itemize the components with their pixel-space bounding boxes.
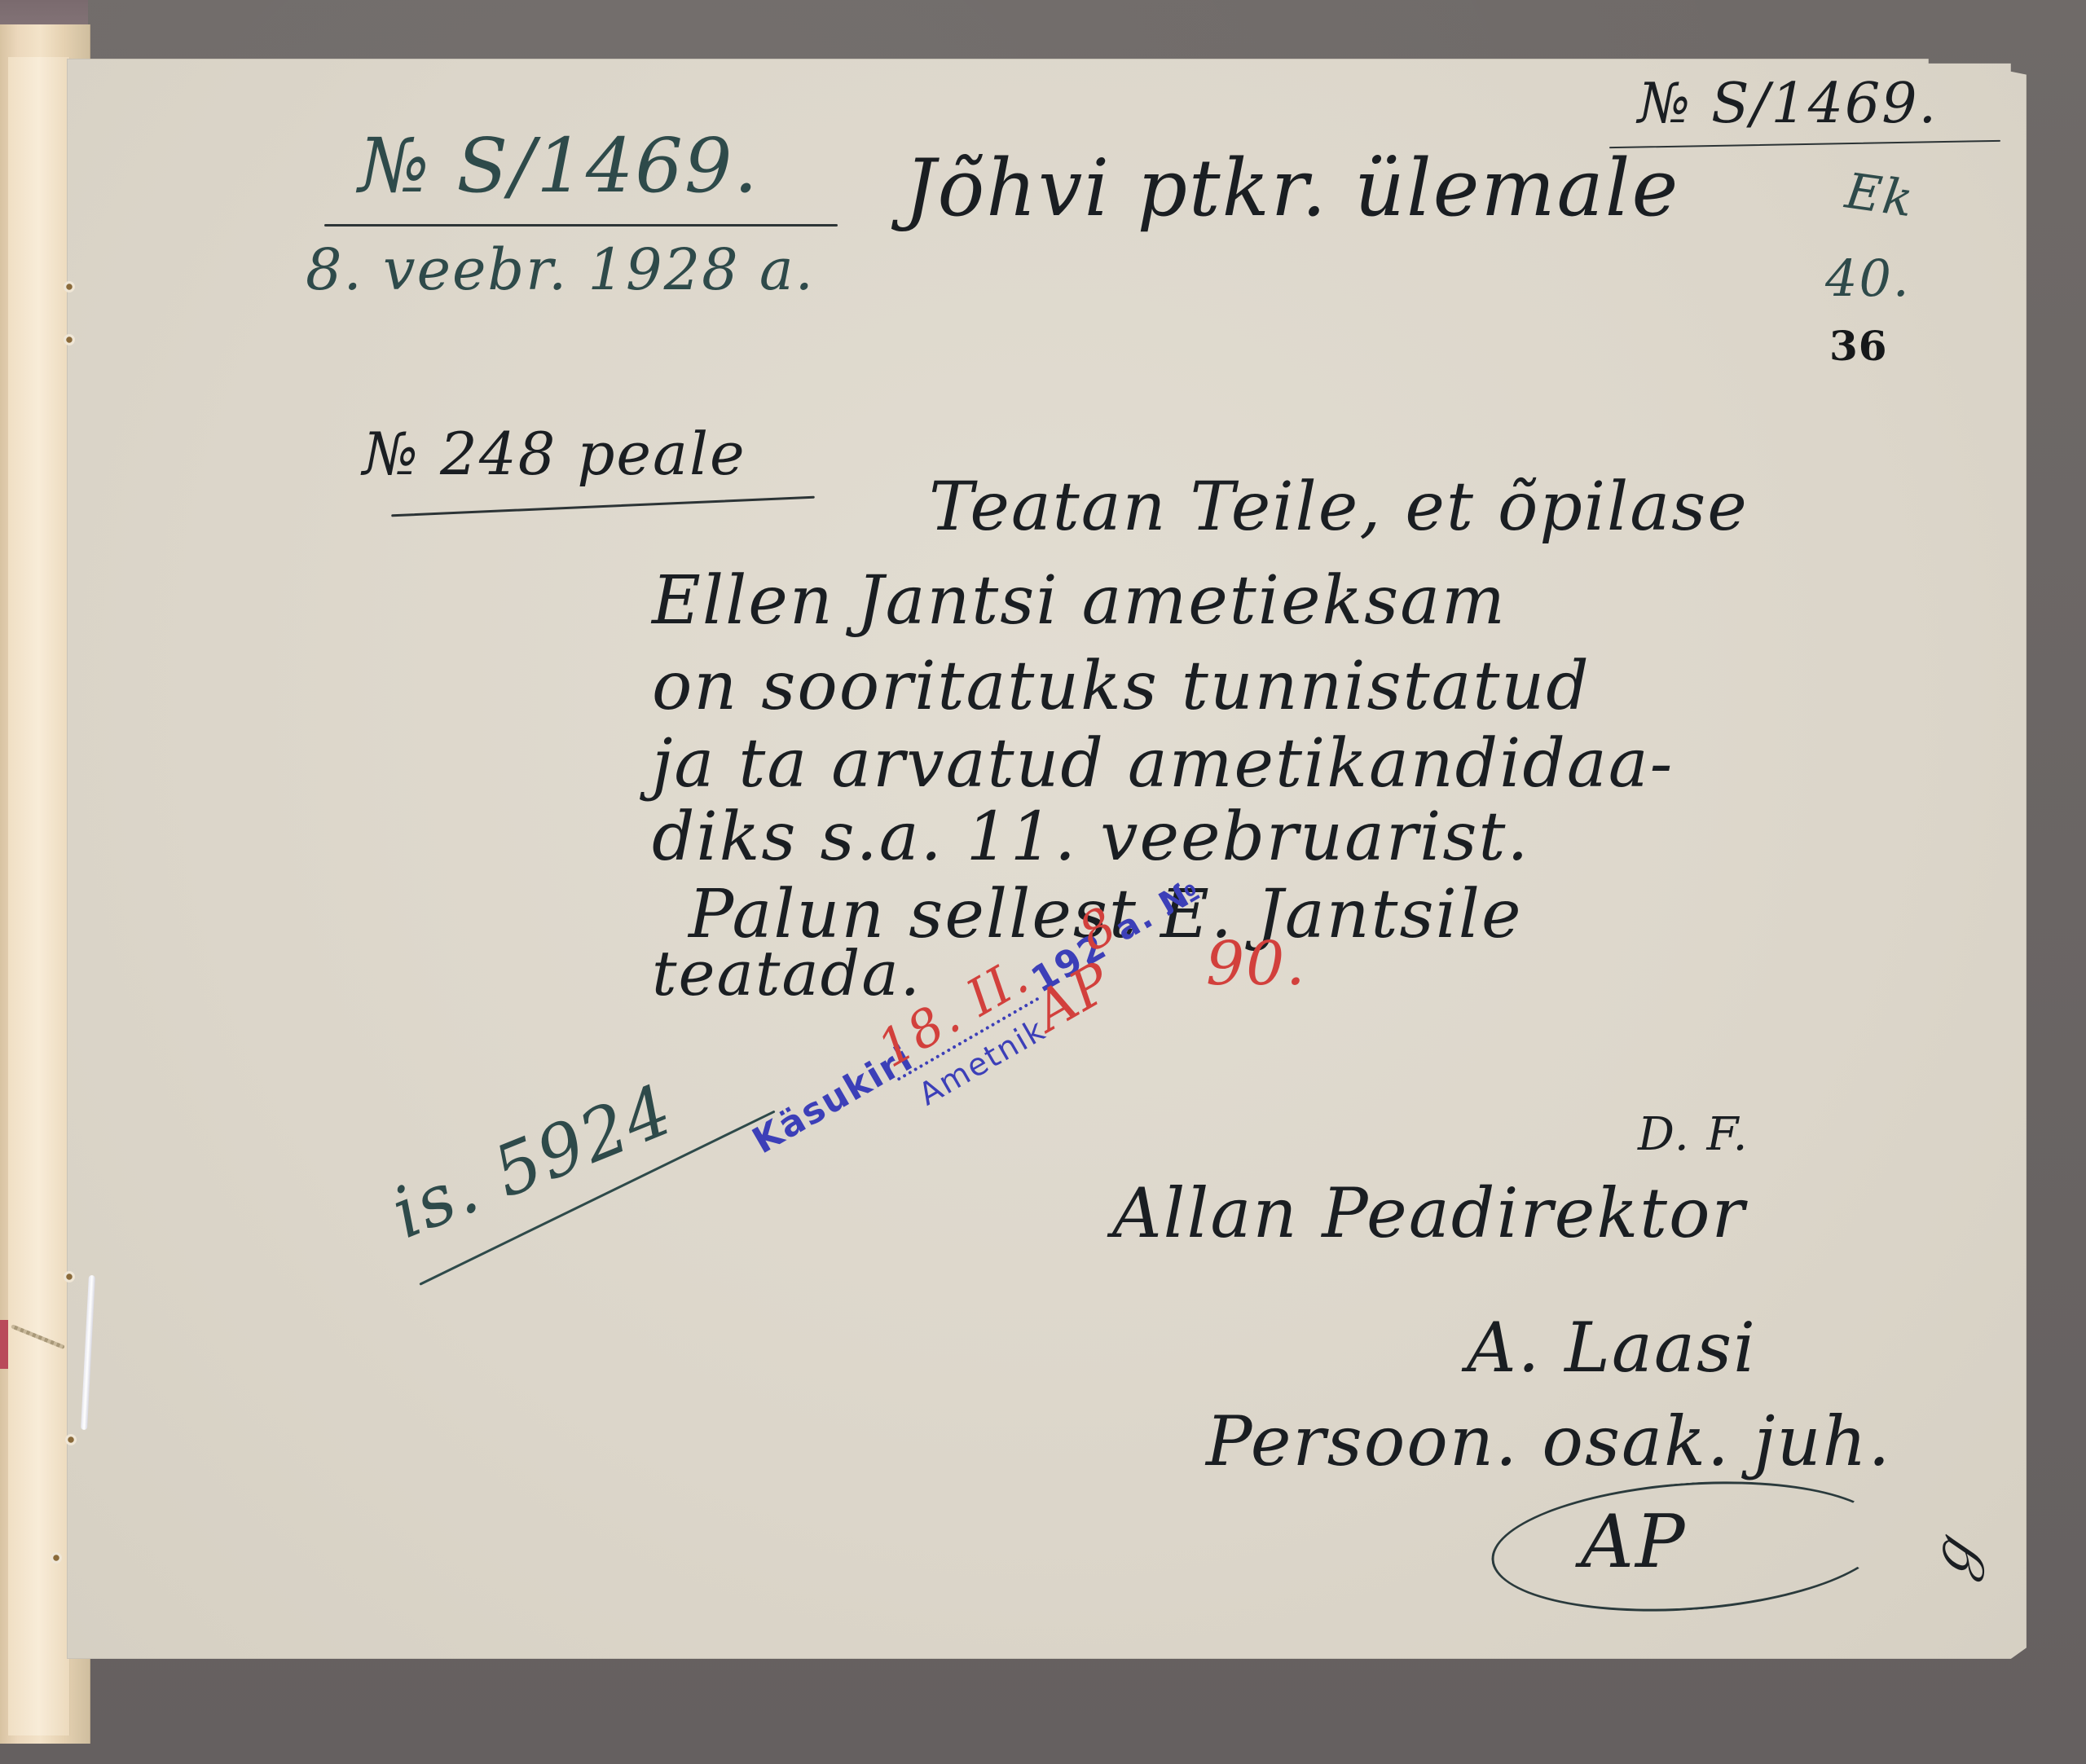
header-reference-number: № S/1469. <box>359 122 759 209</box>
signature-initials: AP <box>1581 1499 1687 1585</box>
body-line-1: Teatan Teile, et õpilase <box>929 468 1749 546</box>
folio-number: 36 <box>1829 322 1888 370</box>
reply-reference: № 248 peale <box>363 420 746 488</box>
addressee: Jõhvi ptkr. ülemale <box>904 143 1679 234</box>
underlying-sheet <box>8 57 70 1735</box>
signature-title: Allan Peadirektor <box>1112 1173 1746 1253</box>
body-line-3: on sooritatuks tunnistatud <box>652 648 1591 725</box>
red-binding-tab <box>0 1320 8 1369</box>
header-divider <box>324 224 838 227</box>
red-number: 90. <box>1206 929 1307 999</box>
header-date: 8. veebr. 1928 a. <box>306 236 815 303</box>
body-line-4: ja ta arvatud ametikandidaa- <box>652 725 1674 803</box>
sewing-hole <box>64 334 75 345</box>
sewing-hole <box>64 1271 75 1282</box>
sewing-hole <box>64 281 75 293</box>
signature-title-prefix: D. F. <box>1638 1108 1749 1161</box>
top-right-reference: № S/1469. <box>1638 72 1938 136</box>
body-line-2: Ellen Jantsi ametieksam <box>652 562 1507 640</box>
signature-role: Persoon. osak. juh. <box>1206 1401 1891 1481</box>
signature-handwritten-name: A. Laasi <box>1467 1308 1757 1388</box>
margin-mark-ek: Ek <box>1842 162 1918 228</box>
sewing-hole <box>65 1434 77 1445</box>
sewing-hole <box>51 1552 62 1564</box>
margin-mark-number: 40. <box>1825 249 1911 308</box>
